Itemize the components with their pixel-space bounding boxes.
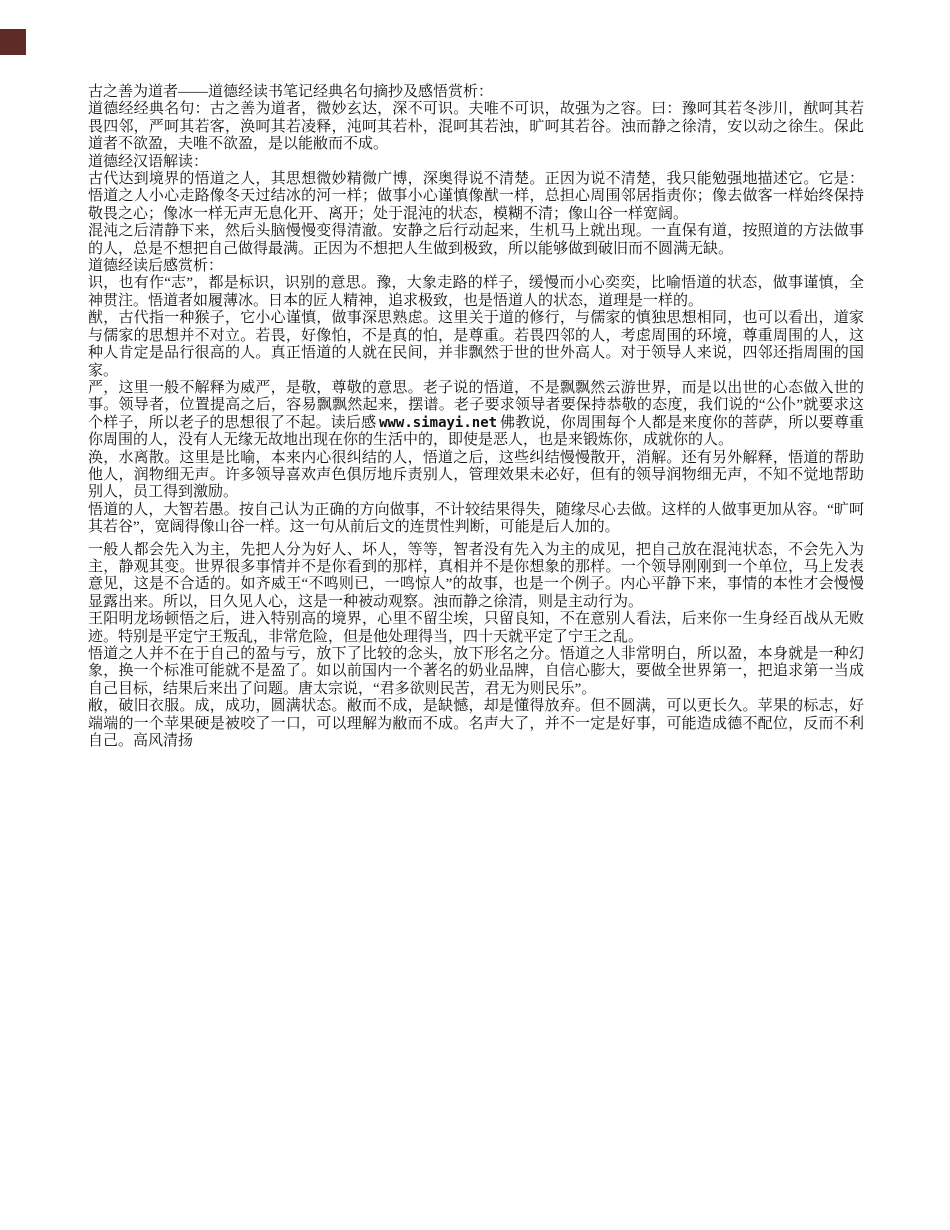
paragraph-interpretation-1: 古代达到境界的悟道之人，其思想微妙精微广博，深奥得说不清楚。正因为说不清楚，我只… [88, 171, 864, 223]
paragraph-reflection-huan: 涣，水离散。这里是比喻，本来内心很纠结的人，悟道之后，这些纠结慢慢散开，消解。还… [88, 450, 864, 502]
paragraph-reflection-shi: 识，也有作“志”，都是标识，识别的意思。豫，大象走路的样子，缓慢而小心奕奕，比喻… [88, 275, 864, 310]
paragraph-reflection-you: 猷，古代指一种猴子，它小心谨慎，做事深思熟虑。这里关于道的修行，与儒家的慎独思想… [88, 310, 864, 380]
paragraph-interpretation-2: 混沌之后清静下来，然后头脑慢慢变得清澈。安静之后行动起来，生机马上就出现。一直保… [88, 223, 864, 258]
inline-url: www.simayi.net [379, 415, 497, 431]
paragraph-reflection-bi: 敝，破旧衣服。成，成功，圆满状态。敝而不成，是缺憾，却是懂得放弃。但不圆满，可以… [88, 698, 864, 750]
paragraph-reflection-ordinary-people: 一般人都会先入为主，先把人分为好人、坏人，等等，智者没有先入为主的成见，把自己放… [88, 542, 864, 612]
paragraph-reflection-yan: 严，这里一般不解释为威严，是敬，尊敬的意思。老子说的悟道，不是飘飘然云游世界，而… [88, 380, 864, 450]
page-corner-mark [0, 29, 26, 55]
paragraph-reflection-wudao: 悟道的人，大智若愚。按自己认为正确的方向做事，不计较结果得失，随缘尽心去做。这样… [88, 502, 864, 537]
paragraph-reflection-wangyangming: 王阳明龙场顿悟之后，进入特别高的境界，心里不留尘埃，只留良知，不在意别人看法，后… [88, 611, 864, 646]
section-heading-reflection: 道德经读后感赏析： [88, 258, 864, 275]
paragraph-classic-quote: 道德经经典名句：古之善为道者，微妙玄达，深不可识。夫唯不可识，故强为之容。曰：豫… [88, 101, 864, 153]
document-title: 古之善为道者——道德经读书笔记经典名句摘抄及感悟赏析： [88, 84, 864, 101]
document-body: 古之善为道者——道德经读书笔记经典名句摘抄及感悟赏析： 道德经经典名句：古之善为… [88, 84, 864, 750]
section-heading-chinese-interpretation: 道德经汉语解读： [88, 154, 864, 171]
paragraph-reflection-ying: 悟道之人并不在于自己的盈与亏，放下了比较的念头，放下形名之分。悟道之人非常明白，… [88, 646, 864, 698]
